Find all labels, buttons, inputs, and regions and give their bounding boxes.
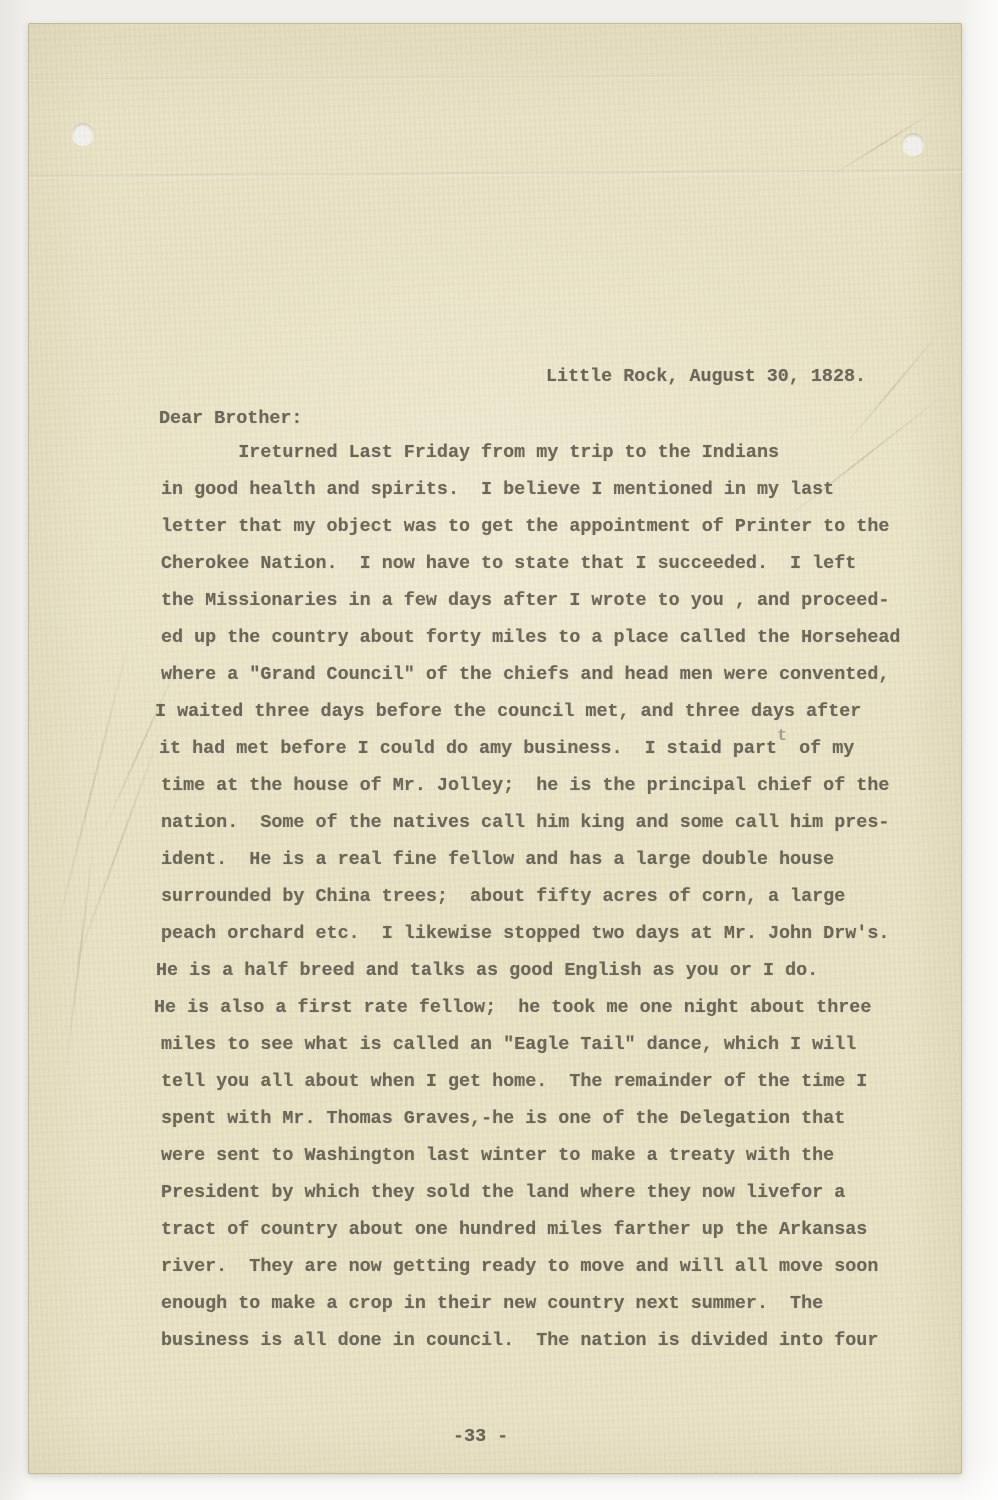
letter-line: letter that my object was to get the app… (161, 508, 900, 545)
letter-line: nation. Some of the natives call him kin… (161, 804, 900, 841)
letter-salutation: Dear Brother: (159, 400, 302, 437)
letter-dateline: Little Rock, August 30, 1828. (546, 358, 866, 395)
crease-mark-left (51, 629, 133, 950)
letter-line: where a "Grand Council" of the chiefs an… (161, 656, 900, 693)
letter-line: tell you all about when I get home. The … (161, 1063, 900, 1100)
letter-line: ident. He is a real fine fellow and has … (161, 841, 900, 878)
overtyped-character: t (777, 728, 787, 745)
crease-mark-left (71, 722, 165, 976)
letter-line: ed up the country about forty miles to a… (161, 619, 900, 656)
letter-body: Ireturned Last Friday from my trip to th… (161, 434, 900, 1359)
letter-line: enough to make a crop in their new count… (161, 1285, 900, 1322)
letter-line: business is all done in council. The nat… (161, 1322, 900, 1359)
letter-line: river. They are now getting ready to mov… (161, 1248, 900, 1285)
letter-line: in good health and spirits. I believe I … (161, 471, 900, 508)
letter-line: miles to see what is called an "Eagle Ta… (161, 1026, 900, 1063)
letter-line: surrounded by China trees; about fifty a… (161, 878, 900, 915)
fold-crease-top (29, 74, 961, 81)
letter-line: peach orchard etc. I likewise stopped tw… (161, 915, 900, 952)
scan-background: Little Rock, August 30, 1828. Dear Broth… (0, 0, 998, 1500)
letter-line: time at the house of Mr. Jolley; he is t… (161, 767, 900, 804)
crease-mark-left (64, 835, 95, 1073)
letter-line: were sent to Washington last winter to m… (161, 1137, 900, 1174)
punch-hole-left-icon (72, 123, 94, 145)
letter-line: He is a half breed and talks as good Eng… (156, 952, 895, 989)
letter-line: I waited three days before the council m… (155, 693, 894, 730)
letter-line: He is also a first rate fellow; he took … (154, 989, 893, 1026)
letter-line: President by which they sold the land wh… (161, 1174, 900, 1211)
letter-line: Cherokee Nation. I now have to state tha… (161, 545, 900, 582)
letter-page: Little Rock, August 30, 1828. Dear Broth… (28, 23, 962, 1474)
letter-line: Ireturned Last Friday from my trip to th… (161, 434, 900, 471)
page-number: -33 - (453, 1418, 508, 1455)
punch-hole-right-icon (902, 133, 924, 155)
letter-line: tract of country about one hundred miles… (161, 1211, 900, 1248)
letter-line: spent with Mr. Thomas Graves,-he is one … (161, 1100, 900, 1137)
fold-crease-upper (29, 169, 961, 179)
letter-line: the Missionaries in a few days after I w… (161, 582, 900, 619)
letter-line: it had met before I could do amy busines… (159, 730, 898, 767)
